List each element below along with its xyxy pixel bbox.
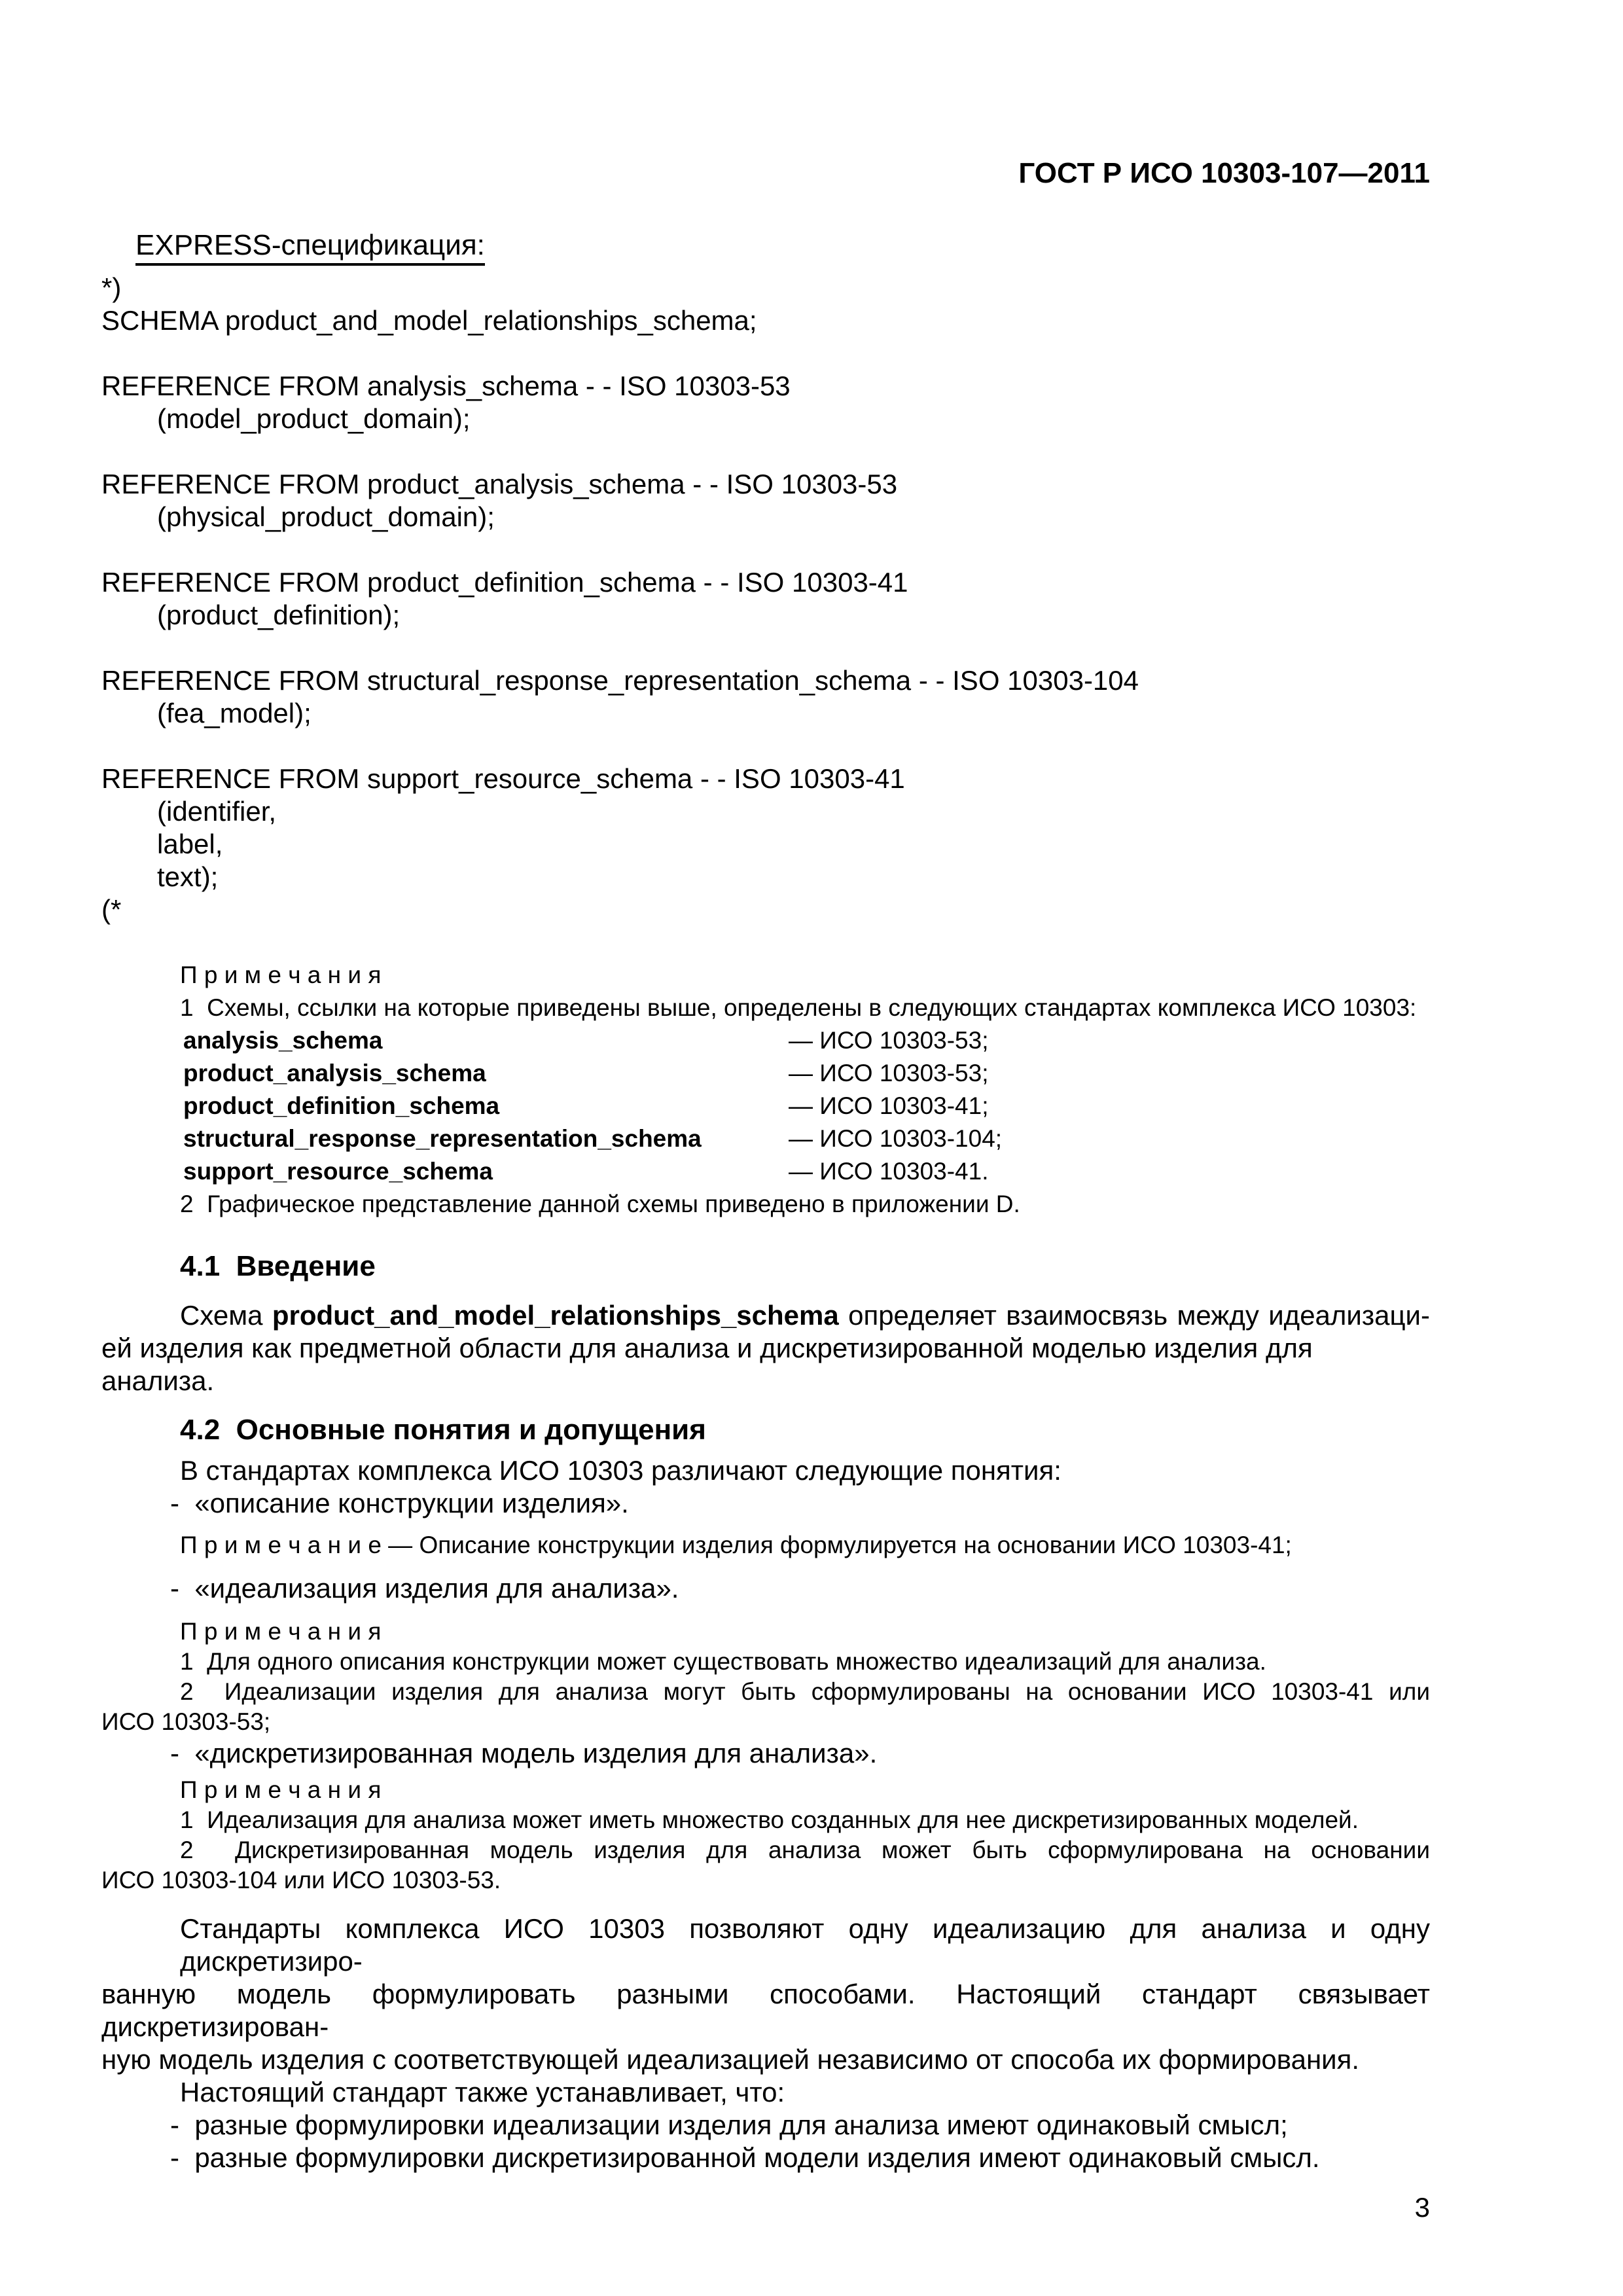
paragraph-line: ную модель изделия с соответствующей иде… (101, 2043, 1430, 2076)
code-line: (* (101, 893, 1430, 926)
list-item: - «дискретизированная модель изделия для… (170, 1737, 1430, 1770)
notes-block-b: П р и м е ч а н и я 1 Идеализация для ан… (101, 1775, 1430, 1895)
code-line: text); (157, 861, 1430, 893)
paragraph-line: ванную модель формулировать разными спос… (101, 1978, 1430, 2043)
code-line: REFERENCE FROM analysis_schema - - ISO 1… (101, 370, 1430, 403)
schema-name: structural_response_representation_schem… (183, 1125, 702, 1152)
page-number: 3 (101, 2191, 1430, 2224)
code-line: REFERENCE FROM product_definition_schema… (101, 566, 1430, 599)
schema-standard-ref: — ИСО 10303-53; (789, 1057, 989, 1090)
code-line: (fea_model); (157, 697, 1430, 730)
note-text-continuation: ИСО 10303-104 или ИСО 10303-53. (101, 1865, 1430, 1895)
notes-block-a: П р и м е ч а н и я 1 Для одного описани… (101, 1617, 1430, 1737)
note-text: 2 Графическое представление данной схемы… (180, 1188, 1430, 1221)
code-line-blank (101, 337, 1430, 370)
running-header: ГОСТ Р ИСО 10303-107—2011 (101, 157, 1430, 190)
code-line-blank (101, 632, 1430, 664)
schema-ref-row: product_definition_schema — ИСО 10303-41… (101, 1090, 1430, 1122)
express-code-block: *) SCHEMA product_and_model_relationship… (101, 272, 1430, 926)
code-line: REFERENCE FROM support_resource_schema -… (101, 762, 1430, 795)
schema-name: product_definition_schema (183, 1092, 499, 1119)
code-line: label, (157, 828, 1430, 861)
paragraph-line: Схема product_and_model_relationships_sc… (180, 1299, 1430, 1332)
express-spec-heading-text: EXPRESS-спецификация: (135, 229, 485, 266)
schema-standard-ref: — ИСО 10303-104; (789, 1122, 1002, 1155)
list-item: - «описание конструкции изделия». (170, 1487, 1430, 1520)
section-heading-4-2: 4.2 Основные понятия и допущения (180, 1414, 1430, 1446)
notes-heading: П р и м е ч а н и я (180, 959, 1430, 992)
paragraph-text: определяет взаимосвязь между идеализаци- (839, 1300, 1430, 1331)
note-text: 2 Идеализации изделия для анализа могут … (180, 1677, 1430, 1707)
schema-standard-ref: — ИСО 10303-41. (789, 1155, 989, 1188)
schema-ref-row: structural_response_representation_schem… (101, 1122, 1430, 1155)
schema-ref-row: product_analysis_schema — ИСО 10303-53; (101, 1057, 1430, 1090)
schema-name: analysis_schema (183, 1027, 382, 1054)
paragraph-4-1: Схема product_and_model_relationships_sc… (101, 1299, 1430, 1397)
schema-standard-ref: — ИСО 10303-41; (789, 1090, 989, 1122)
schema-name: support_resource_schema (183, 1158, 493, 1185)
paragraph-text: Схема (180, 1300, 272, 1331)
note-text-continuation: ИСО 10303-53; (101, 1707, 1430, 1737)
code-line: (model_product_domain); (157, 403, 1430, 435)
code-line: (physical_product_domain); (157, 501, 1430, 533)
list-item: - разные формулировки идеализации издели… (170, 2109, 1430, 2142)
notes-heading: П р и м е ч а н и я (180, 1617, 1430, 1647)
paragraph-standards: Стандарты комплекса ИСО 10303 позволяют … (101, 1912, 1430, 2076)
note-text: 2 Дискретизированная модель изделия для … (180, 1835, 1430, 1865)
paragraph-intro: В стандартах комплекса ИСО 10303 различа… (180, 1454, 1430, 1487)
note-text: 1 Для одного описания конструкции может … (180, 1647, 1430, 1677)
code-line: SCHEMA product_and_model_relationships_s… (101, 304, 1430, 337)
code-line-blank (101, 730, 1430, 762)
code-line: (product_definition); (157, 599, 1430, 632)
express-spec-heading: EXPRESS-спецификация: (135, 229, 1430, 262)
section-heading-4-1: 4.1 Введение (180, 1250, 1430, 1283)
note-single: П р и м е ч а н и е — Описание конструкц… (180, 1530, 1430, 1560)
note-text: 1 Схемы, ссылки на которые приведены выш… (180, 992, 1430, 1024)
code-line-blank (101, 435, 1430, 468)
paragraph-line: ей изделия как предметной области для ан… (101, 1332, 1430, 1397)
schema-standard-ref: — ИСО 10303-53; (789, 1024, 989, 1057)
schema-ref-row: support_resource_schema — ИСО 10303-41. (101, 1155, 1430, 1188)
list-item: - разные формулировки дискретизированной… (170, 2142, 1430, 2174)
schema-ref-row: analysis_schema — ИСО 10303-53; (101, 1024, 1430, 1057)
notes-heading: П р и м е ч а н и я (180, 1775, 1430, 1805)
note-text: 1 Идеализация для анализа может иметь мн… (180, 1805, 1430, 1835)
document-page: ГОСТ Р ИСО 10303-107—2011 EXPRESS-специф… (0, 0, 1623, 2296)
code-line: *) (101, 272, 1430, 304)
schema-name-inline: product_and_model_relationships_schema (272, 1300, 839, 1331)
code-line: (identifier, (157, 795, 1430, 828)
code-line-blank (101, 533, 1430, 566)
code-line: REFERENCE FROM structural_response_repre… (101, 664, 1430, 697)
code-line: REFERENCE FROM product_analysis_schema -… (101, 468, 1430, 501)
notes-block-schemas: П р и м е ч а н и я 1 Схемы, ссылки на к… (101, 959, 1430, 1221)
list-item: - «идеализация изделия для анализа». (170, 1572, 1430, 1605)
paragraph-establishes: Настоящий стандарт также устанавливает, … (180, 2076, 1430, 2109)
schema-name: product_analysis_schema (183, 1060, 486, 1086)
paragraph-line: Стандарты комплекса ИСО 10303 позволяют … (180, 1912, 1430, 1978)
